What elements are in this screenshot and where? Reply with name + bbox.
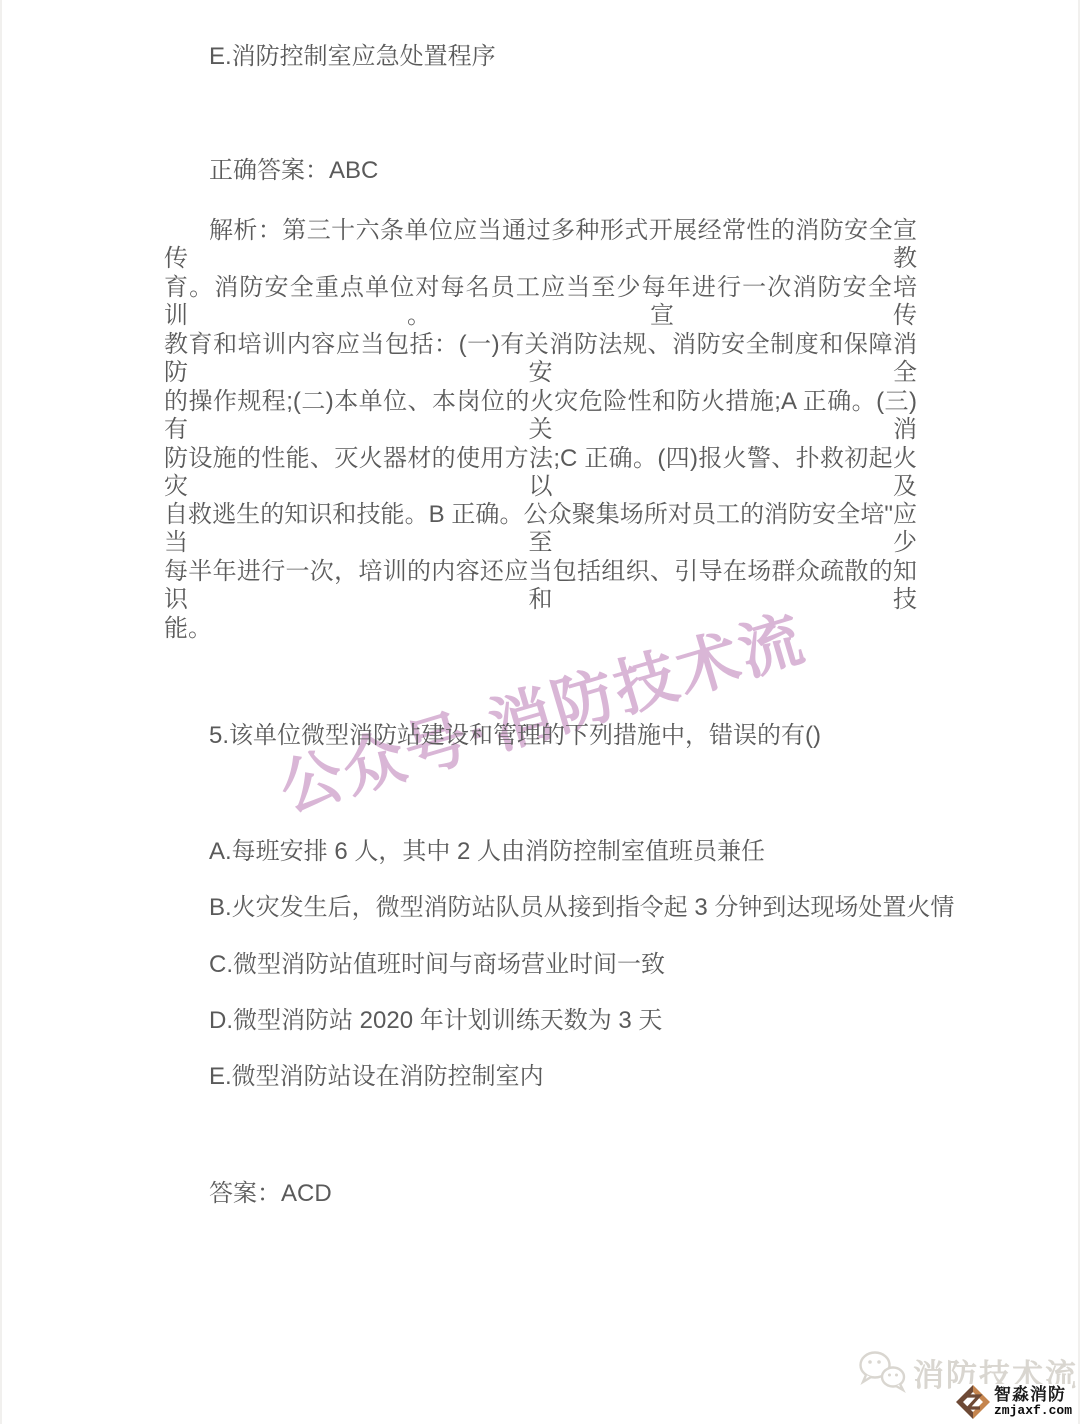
- logo-brand-name: 智淼消防: [994, 1386, 1072, 1404]
- text-line: 的操作规程;(二)本单位、本岗位的火灾危险性和防火措施;A 正确。(三)有关消: [164, 388, 917, 445]
- text-line: E.微型消防站设在消防控制室内: [209, 1063, 954, 1119]
- question-5-options: A.每班安排 6 人，其中 2 人由消防控制室值班员兼任B.火灾发生后，微型消防…: [209, 838, 954, 1119]
- correct-answer-line: 正确答案：ABC: [209, 157, 378, 185]
- text-line: 能。: [164, 615, 917, 672]
- zhimiao-diamond-icon: [955, 1384, 991, 1420]
- answer-line: 答案：ACD: [209, 1180, 332, 1208]
- text-line: 自救逃生的知识和技能。B 正确。公众聚集场所对员工的消防安全培"应当至少: [164, 501, 917, 558]
- text-line: A.每班安排 6 人，其中 2 人由消防控制室值班员兼任: [209, 838, 954, 894]
- text-line: C.微型消防站值班时间与商场营业时间一致: [209, 951, 954, 1007]
- exam-document-page: E.消防控制室应急处置程序 正确答案：ABC 解析：第三十六条单位应当通过多种形…: [0, 0, 1080, 1424]
- text-line: 防设施的性能、灭火器材的使用方法;C 正确。(四)报火警、扑救初起火灾以及: [164, 445, 917, 502]
- explanation-paragraph: 解析：第三十六条单位应当通过多种形式开展经常性的消防安全宣传教育。消防安全重点单…: [164, 217, 917, 672]
- text-line: 解析：第三十六条单位应当通过多种形式开展经常性的消防安全宣传教: [164, 217, 917, 274]
- logo-domain-url: zmjaxf.com: [994, 1404, 1072, 1418]
- logo-text-block: 智淼消防 zmjaxf.com: [994, 1386, 1072, 1417]
- question-5-text: 5.该单位微型消防站建设和管理的下列措施中，错误的有(): [209, 722, 821, 750]
- text-line: 教育和培训内容应当包括：(一)有关消防法规、消防安全制度和保障消防安全: [164, 331, 917, 388]
- text-line: D.微型消防站 2020 年计划训练天数为 3 天: [209, 1007, 954, 1063]
- text-line: B.火灾发生后，微型消防站队员从接到指令起 3 分钟到达现场处置火情: [209, 894, 954, 950]
- wechat-icon: [858, 1349, 908, 1395]
- zhimiao-brand-logo: 智淼消防 zmjaxf.com: [953, 1384, 1072, 1420]
- option-e-previous-question: E.消防控制室应急处置程序: [209, 43, 496, 71]
- text-line: 育。消防安全重点单位对每名员工应当至少每年进行一次消防安全培训。宣传: [164, 274, 917, 331]
- text-line: 每半年进行一次，培训的内容还应当包括组织、引导在场群众疏散的知识和技: [164, 558, 917, 615]
